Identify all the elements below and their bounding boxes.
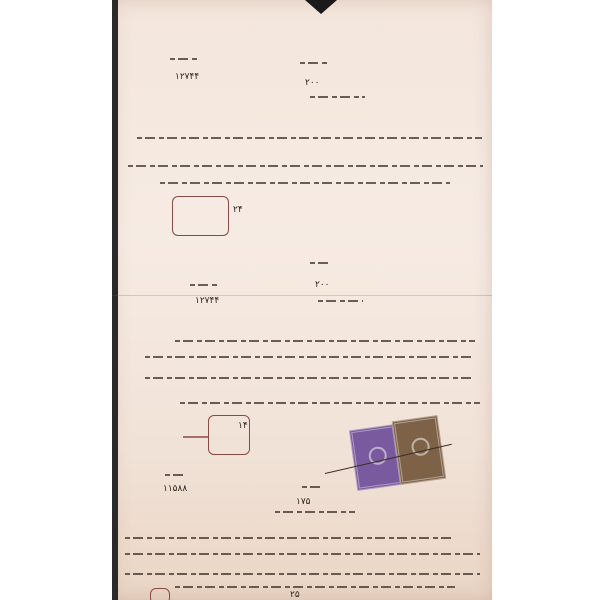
seal-date-1: ۲۴ — [233, 205, 243, 215]
seal-box-3 — [150, 588, 170, 600]
body-line — [160, 182, 450, 184]
ref-number-2: ۱۲۷۴۴ — [195, 296, 219, 306]
sub-number-3: ۱۷۵ — [296, 497, 311, 507]
fold-line — [112, 295, 492, 296]
header-text — [165, 474, 187, 476]
header-text — [170, 58, 200, 60]
header-text — [190, 284, 218, 286]
header-text — [300, 62, 330, 64]
torn-notch — [305, 0, 337, 14]
header-text — [310, 262, 330, 264]
red-note — [183, 436, 208, 438]
body-line — [145, 377, 475, 379]
brown-revenue-stamp — [392, 415, 446, 485]
document-paper — [112, 0, 492, 600]
paper-left-edge — [112, 0, 118, 600]
sub-number-2: ۲۰۰ — [315, 280, 330, 290]
body-line — [175, 586, 455, 588]
addressee-line — [275, 511, 355, 513]
body-line — [128, 165, 483, 167]
addressee-line — [318, 300, 363, 302]
body-line — [180, 402, 480, 404]
page-number: ۲۵ — [290, 590, 300, 600]
addressee-line — [310, 96, 365, 98]
body-line — [125, 537, 455, 539]
body-line — [125, 573, 480, 575]
ref-number-1: ۱۲۷۴۴ — [175, 72, 199, 82]
body-line — [137, 137, 482, 139]
header-text — [302, 486, 322, 488]
seal-date-2: ۱۴ — [238, 421, 248, 431]
body-line — [125, 553, 480, 555]
body-line — [175, 340, 475, 342]
body-line — [145, 356, 475, 358]
ref-number-3: ۱۱۵۸۸ — [163, 484, 187, 494]
sub-number-1: ۲۰۰ — [305, 78, 320, 88]
seal-box-1 — [172, 196, 229, 236]
